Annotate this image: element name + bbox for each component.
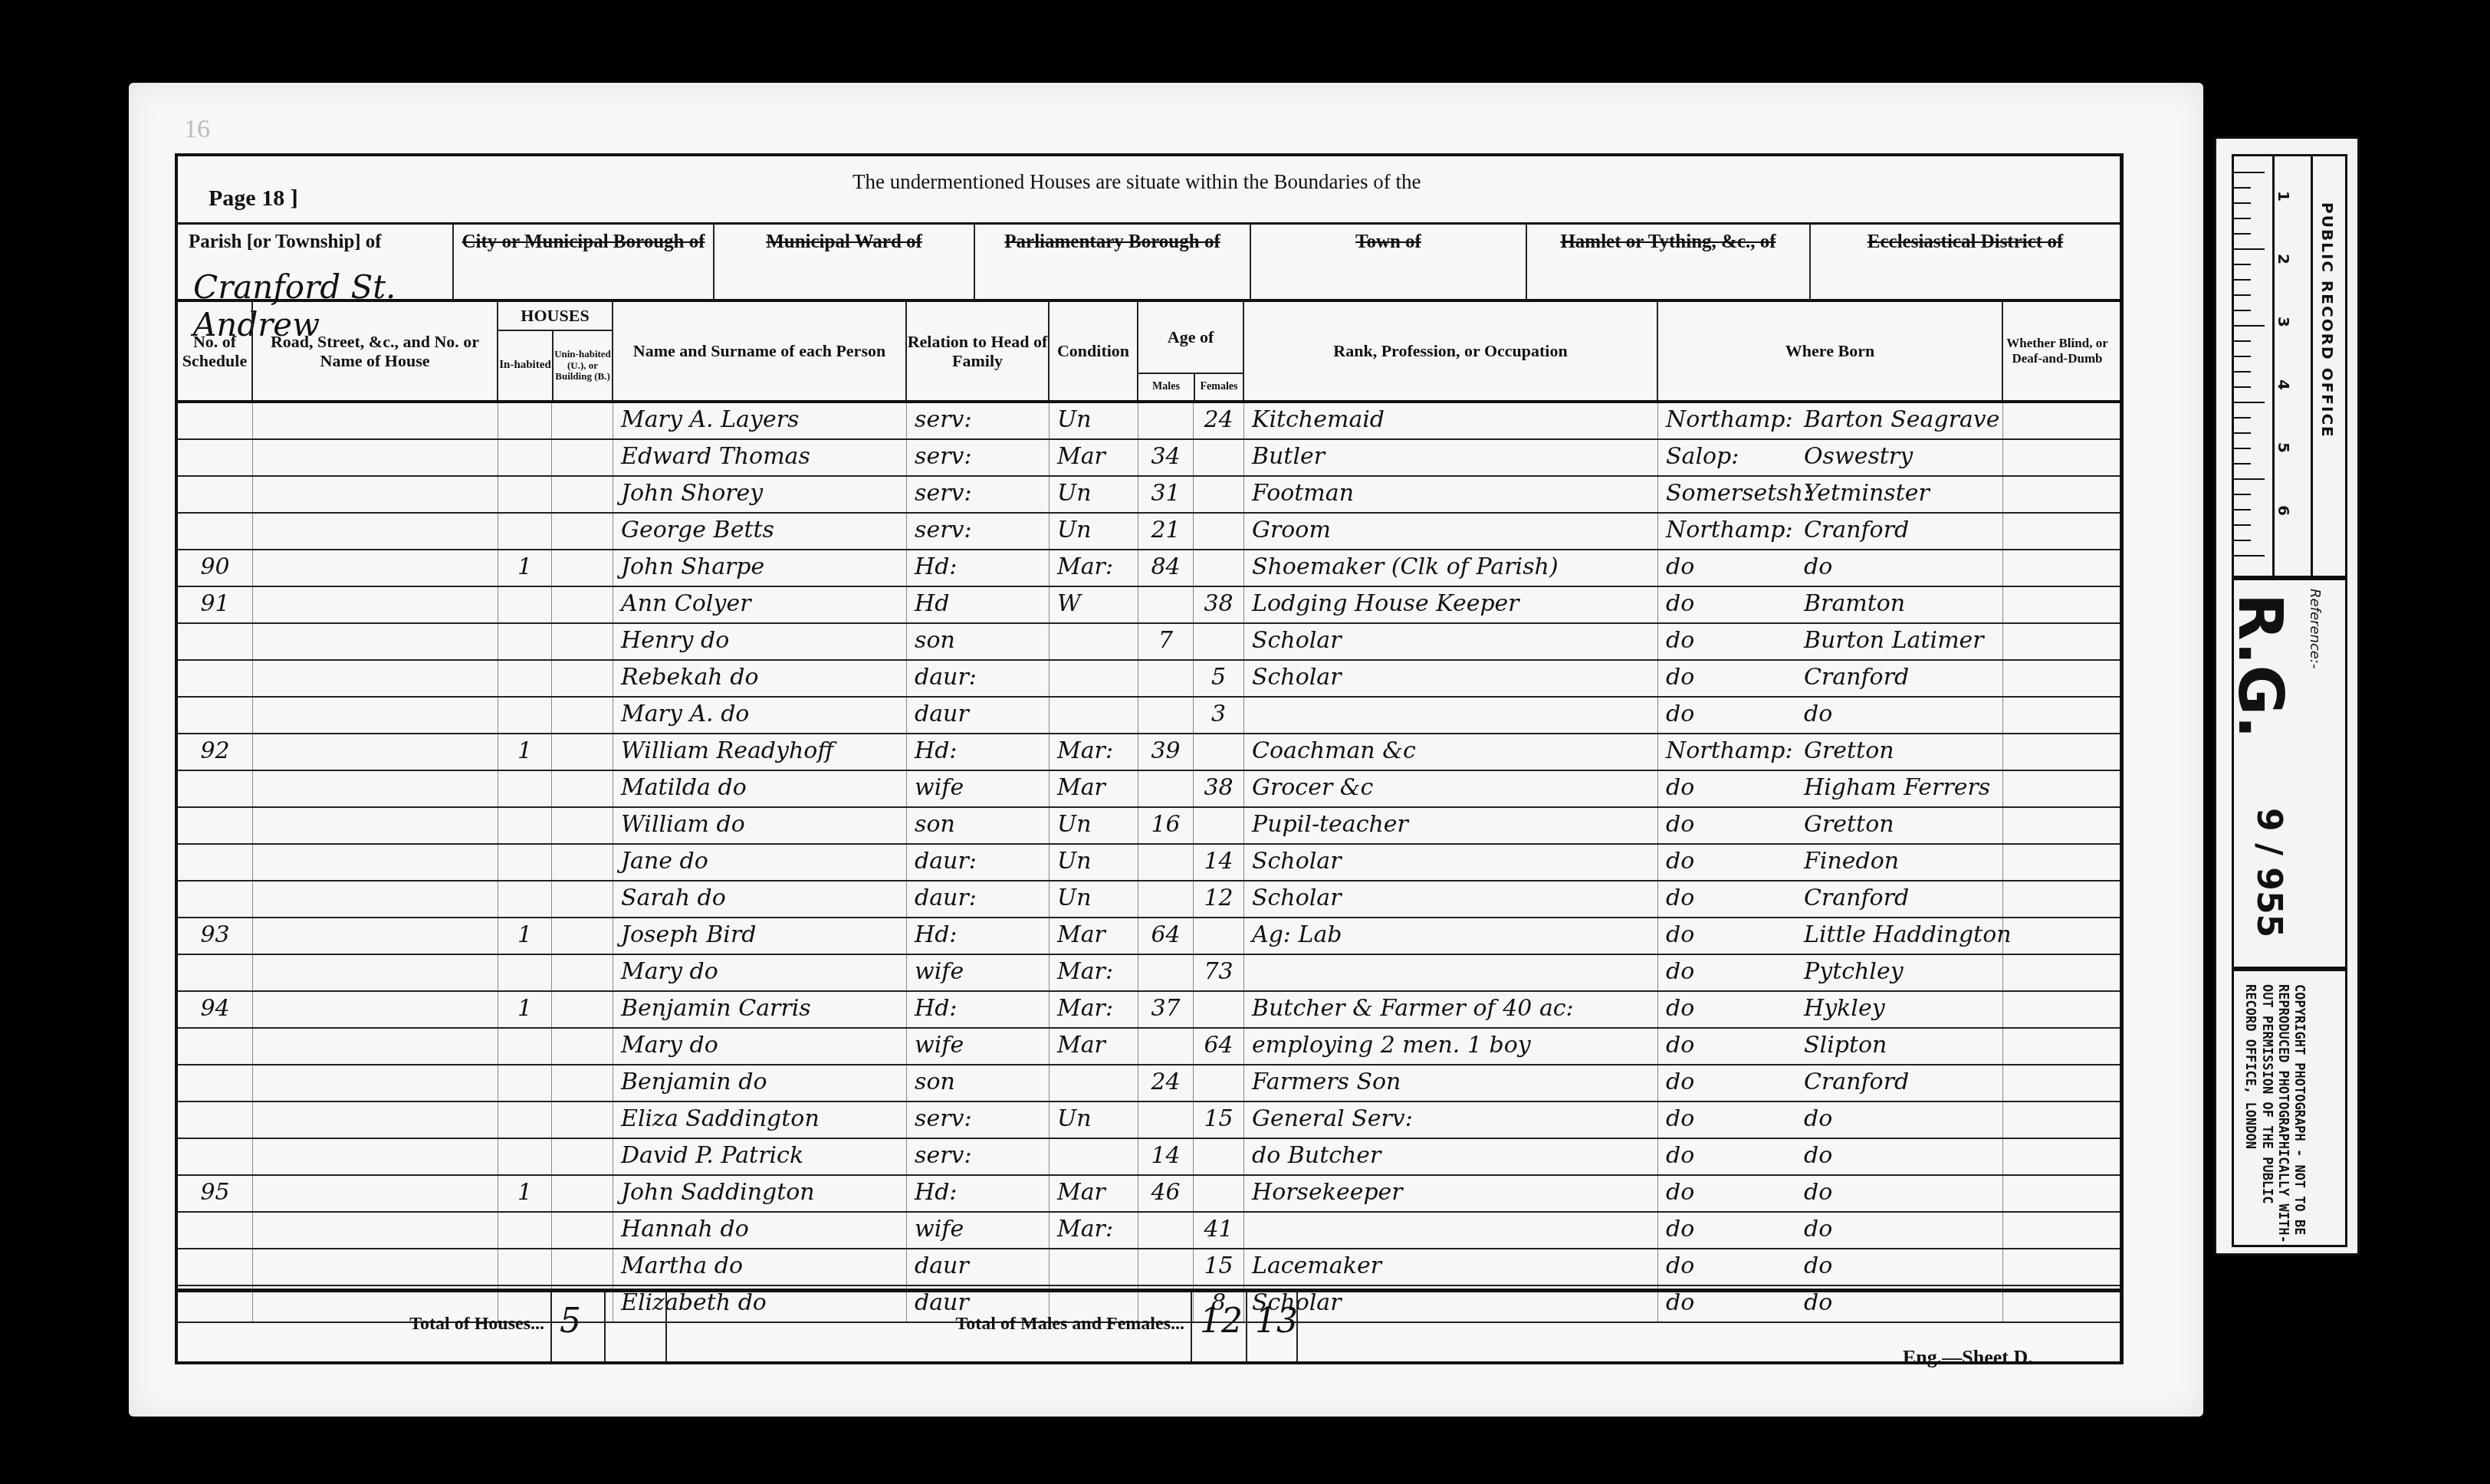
blind-cell: [2003, 882, 2111, 917]
female-age-cell: 64: [1194, 1029, 1244, 1064]
occupation-cell: General Serv:: [1244, 1102, 1658, 1138]
road-cell: [253, 918, 498, 954]
table-row: Edward Thomasserv:Mar34ButlerSalop:Oswes…: [178, 440, 2120, 477]
area-municipal-ward: Municipal Ward of: [714, 222, 975, 299]
page-number: Page 18 ]: [209, 185, 298, 212]
where-born-cell: doBramton: [1658, 587, 2003, 622]
road-cell: [253, 1029, 498, 1064]
inhabited-cell: 1: [498, 734, 552, 770]
name-cell: Benjamin do: [613, 1065, 907, 1101]
ruler-tick: [2234, 218, 2251, 219]
schedule-cell: [178, 955, 253, 990]
male-age-cell: 24: [1138, 1065, 1194, 1101]
relation-cell: wife: [907, 955, 1050, 990]
road-cell: [253, 587, 498, 622]
male-age-cell: 7: [1138, 624, 1194, 659]
schedule-cell: [178, 403, 253, 438]
schedule-cell: 94: [178, 992, 253, 1027]
born-county: do: [1666, 661, 1804, 694]
ruler-number: 1: [2275, 191, 2293, 202]
total-females-value: 13: [1255, 1302, 1298, 1341]
inhabited-cell: [498, 1029, 552, 1064]
relation-cell: daur:: [907, 845, 1050, 880]
table-row: Mary A. dodaur3dodo: [178, 698, 2120, 734]
male-age-cell: [1138, 698, 1194, 733]
name-cell: Rebekah do: [613, 661, 907, 696]
ruler-tick: [2234, 172, 2265, 173]
female-age-cell: 41: [1194, 1213, 1244, 1248]
uninhabited-cell: [552, 992, 613, 1027]
total-houses-label: Total of Houses...: [409, 1314, 544, 1335]
ruler-number: 5: [2275, 442, 2293, 453]
corner-mark: 16: [184, 115, 210, 144]
inhabited-cell: [498, 624, 552, 659]
male-age-cell: [1138, 882, 1194, 917]
relation-cell: son: [907, 808, 1050, 843]
where-born-cell: Northamp:Cranford: [1658, 514, 2003, 549]
ruler-tick: [2234, 478, 2265, 480]
condition-cell: W: [1050, 587, 1138, 622]
inhabited-cell: [498, 1065, 552, 1101]
where-born-cell: doBurton Latimer: [1658, 624, 2003, 659]
occupation-cell: Lacemaker: [1244, 1249, 1658, 1285]
total-houses-cell: 5: [552, 1292, 606, 1361]
relation-cell: serv:: [907, 1139, 1050, 1174]
born-county: do: [1666, 808, 1804, 842]
uninhabited-cell: [552, 1065, 613, 1101]
table-row: David P. Patrickserv:14do Butcherdodo: [178, 1139, 2120, 1176]
table-row: Benjamin doson24Farmers SondoCranford: [178, 1065, 2120, 1102]
female-age-cell: [1194, 918, 1244, 954]
blind-cell: [2003, 1249, 2111, 1285]
where-born-cell: doCranford: [1658, 882, 2003, 917]
inhabited-cell: [498, 845, 552, 880]
male-age-cell: [1138, 1213, 1194, 1248]
table-row: Mary A. Layersserv:Un24KitchemaidNortham…: [178, 403, 2120, 440]
ruler-tick: [2234, 494, 2251, 495]
female-age-cell: 5: [1194, 661, 1244, 696]
table-body: Mary A. Layersserv:Un24KitchemaidNortham…: [178, 403, 2120, 1323]
uninhabited-cell: [552, 808, 613, 843]
relation-cell: Hd: [907, 587, 1050, 622]
male-age-cell: 39: [1138, 734, 1194, 770]
schedule-cell: [178, 514, 253, 549]
occupation-cell: Ag: Lab: [1244, 918, 1658, 954]
inhabited-cell: [498, 771, 552, 806]
blind-cell: [2003, 661, 2111, 696]
road-cell: [253, 845, 498, 880]
ruler-tick: [2234, 463, 2251, 465]
female-age-cell: 38: [1194, 587, 1244, 622]
male-age-cell: [1138, 661, 1194, 696]
ruler-numbers: 123456: [2272, 156, 2313, 578]
relation-cell: wife: [907, 771, 1050, 806]
table-row: Mary dowifeMar64employing 2 men. 1 boydo…: [178, 1029, 2120, 1065]
inhabited-cell: [498, 1102, 552, 1138]
uninhabited-cell: [552, 918, 613, 954]
relation-cell: Hd:: [907, 1176, 1050, 1211]
road-cell: [253, 514, 498, 549]
road-cell: [253, 1249, 498, 1285]
born-county: Somersetsh:: [1666, 477, 1804, 511]
name-cell: William Readyhoff: [613, 734, 907, 770]
col-name: Name and Surname of each Person: [613, 302, 907, 400]
road-cell: [253, 550, 498, 586]
name-cell: Matilda do: [613, 771, 907, 806]
where-born-cell: doCranford: [1658, 661, 2003, 696]
occupation-cell: do Butcher: [1244, 1139, 1658, 1174]
ruler-tick: [2234, 555, 2265, 556]
born-place: Gretton: [1804, 811, 1894, 838]
col-age: Age of Males Females: [1138, 302, 1244, 400]
table-row: Jane dodaur:Un14ScholardoFinedon: [178, 845, 2120, 882]
born-county: do: [1666, 587, 1804, 621]
where-born-cell: doPytchley: [1658, 955, 2003, 990]
born-place: Finedon: [1804, 848, 1899, 875]
condition-cell: Un: [1050, 477, 1138, 512]
ruler-tick: [2234, 432, 2251, 434]
occupation-cell: Pupil-teacher: [1244, 808, 1658, 843]
table-row: Matilda dowifeMar38Grocer &cdoHigham Fer…: [178, 771, 2120, 808]
road-cell: [253, 992, 498, 1027]
ruler-tick: [2234, 524, 2251, 526]
uninhabited-cell: [552, 440, 613, 475]
schedule-cell: [178, 698, 253, 733]
born-county: do: [1666, 1213, 1804, 1246]
born-county: do: [1666, 550, 1804, 584]
male-age-cell: 46: [1138, 1176, 1194, 1211]
born-county: Northamp:: [1666, 734, 1804, 768]
ruler-tick: [2234, 448, 2251, 449]
road-cell: [253, 771, 498, 806]
ruler-tick: [2234, 386, 2251, 388]
condition-cell: Mar:: [1050, 1213, 1138, 1248]
born-county: do: [1666, 624, 1804, 658]
schedule-cell: [178, 1065, 253, 1101]
where-born-cell: dodo: [1658, 1139, 2003, 1174]
road-cell: [253, 734, 498, 770]
occupation-cell: Footman: [1244, 477, 1658, 512]
occupation-cell: Horsekeeper: [1244, 1176, 1658, 1211]
where-born-cell: doHigham Ferrers: [1658, 771, 2003, 806]
uninhabited-cell: [552, 1176, 613, 1211]
born-county: do: [1666, 955, 1804, 989]
female-age-cell: 3: [1194, 698, 1244, 733]
ruler-number: 6: [2275, 505, 2293, 516]
uninhabited-cell: [552, 1213, 613, 1248]
name-cell: George Betts: [613, 514, 907, 549]
occupation-cell: [1244, 698, 1658, 733]
born-place: Bramton: [1804, 590, 1905, 617]
name-cell: Jane do: [613, 845, 907, 880]
col-males: Males: [1138, 374, 1195, 400]
blind-cell: [2003, 477, 2111, 512]
ruler-tick: [2234, 233, 2251, 235]
table-row: Sarah dodaur:Un12ScholardoCranford: [178, 882, 2120, 918]
col-where-born: Where Born: [1658, 302, 2003, 400]
uninhabited-cell: [552, 1139, 613, 1174]
uninhabited-cell: [552, 550, 613, 586]
reference-label: Reference:-: [2307, 589, 2323, 668]
name-cell: John Shorey: [613, 477, 907, 512]
male-age-cell: [1138, 1249, 1194, 1285]
road-cell: [253, 1139, 498, 1174]
table-row: William dosonUn16Pupil-teacherdoGretton: [178, 808, 2120, 845]
born-county: do: [1666, 882, 1804, 915]
born-county: do: [1666, 771, 1804, 805]
male-age-cell: [1138, 403, 1194, 438]
table-row: 931Joseph BirdHd:Mar64Ag: LabdoLittle Ha…: [178, 918, 2120, 955]
blind-cell: [2003, 734, 2111, 770]
condition-cell: [1050, 1139, 1138, 1174]
ruler-number: 2: [2275, 254, 2293, 264]
schedule-cell: [178, 845, 253, 880]
sheet-reference: Eng.—Sheet D.: [1903, 1346, 2033, 1369]
name-cell: Mary do: [613, 955, 907, 990]
blind-cell: [2003, 918, 2111, 954]
occupation-cell: [1244, 1213, 1658, 1248]
male-age-cell: 21: [1138, 514, 1194, 549]
uninhabited-cell: [552, 734, 613, 770]
col-schedule: No. of Schedule: [178, 302, 253, 400]
male-age-cell: [1138, 955, 1194, 990]
totals-row: Total of Houses... 5 Total of Males and …: [178, 1289, 2120, 1361]
born-county: do: [1666, 1249, 1804, 1283]
col-blind: Whether Blind, or Deaf-and-Dumb: [2003, 302, 2111, 400]
relation-cell: wife: [907, 1029, 1050, 1064]
born-place: Hykley: [1804, 995, 1885, 1022]
total-persons-label-cell: Total of Males and Females...: [667, 1292, 1192, 1361]
table-header: No. of Schedule Road, Street, &c., and N…: [178, 302, 2120, 403]
ruler-tick: [2234, 540, 2251, 541]
born-county: Northamp:: [1666, 514, 1804, 547]
where-born-cell: doGretton: [1658, 808, 2003, 843]
schedule-cell: [178, 440, 253, 475]
inhabited-cell: [498, 1213, 552, 1248]
name-cell: Benjamin Carris: [613, 992, 907, 1027]
female-age-cell: [1194, 1065, 1244, 1101]
female-age-cell: [1194, 734, 1244, 770]
born-place: Burton Latimer: [1804, 627, 1984, 654]
uninhabited-cell: [552, 955, 613, 990]
table-row: Mary dowifeMar:73doPytchley: [178, 955, 2120, 992]
blind-cell: [2003, 1176, 2111, 1211]
ruler-tick: [2234, 509, 2251, 511]
ruler-tick: [2234, 325, 2265, 327]
born-place: do: [1804, 1216, 1832, 1243]
col-uninhabited: Unin-habited (U.), or Building (B.): [554, 331, 612, 400]
uninhabited-cell: [552, 624, 613, 659]
name-cell: David P. Patrick: [613, 1139, 907, 1174]
ruler-tick: [2234, 264, 2251, 265]
area-hamlet: Hamlet or Tything, &c., of: [1527, 222, 1811, 299]
schedule-cell: 95: [178, 1176, 253, 1211]
schedule-cell: [178, 1139, 253, 1174]
uninhabited-cell: [552, 771, 613, 806]
where-born-cell: Northamp:Barton Seagrave: [1658, 403, 2003, 438]
road-cell: [253, 624, 498, 659]
female-age-cell: [1194, 624, 1244, 659]
inhabited-cell: [498, 477, 552, 512]
schedule-cell: [178, 1249, 253, 1285]
condition-cell: Mar: [1050, 1029, 1138, 1064]
blind-cell: [2003, 1029, 2111, 1064]
inhabited-cell: [498, 587, 552, 622]
condition-cell: Mar:: [1050, 992, 1138, 1027]
area-parliamentary-borough: Parliamentary Borough of: [975, 222, 1251, 299]
where-born-cell: dodo: [1658, 698, 2003, 733]
scale-ruler: 123456 PUBLIC RECORD OFFICE: [2232, 154, 2347, 580]
female-age-cell: 24: [1194, 403, 1244, 438]
table-row: Hannah dowifeMar:41dodo: [178, 1213, 2120, 1249]
female-age-cell: [1194, 992, 1244, 1027]
table-row: 901John SharpeHd:Mar:84Shoemaker (Clk of…: [178, 550, 2120, 587]
area-ecclesiastical-district: Ecclesiastical District of: [1811, 222, 2120, 299]
born-county: Northamp:: [1666, 403, 1804, 437]
relation-cell: son: [907, 1065, 1050, 1101]
relation-cell: serv:: [907, 477, 1050, 512]
name-cell: Eliza Saddington: [613, 1102, 907, 1138]
born-county: do: [1666, 1065, 1804, 1099]
page-header: Page 18 ] The undermentioned Houses are …: [178, 156, 2120, 225]
col-houses: HOUSES In-habited Unin-habited (U.), or …: [498, 302, 613, 400]
male-age-cell: 16: [1138, 808, 1194, 843]
relation-cell: Hd:: [907, 918, 1050, 954]
condition-cell: Un: [1050, 882, 1138, 917]
where-born-cell: Salop:Oswestry: [1658, 440, 2003, 475]
total-houses-value: 5: [560, 1302, 581, 1341]
name-cell: Mary do: [613, 1029, 907, 1064]
col-road: Road, Street, &c., and No. or Name of Ho…: [253, 302, 498, 400]
occupation-cell: Scholar: [1244, 845, 1658, 880]
blind-cell: [2003, 698, 2111, 733]
occupation-cell: Butcher & Farmer of 40 ac:: [1244, 992, 1658, 1027]
ruler-tick: [2234, 402, 2265, 403]
occupation-cell: Coachman &c: [1244, 734, 1658, 770]
table-row: George Bettsserv:Un21GroomNorthamp:Cranf…: [178, 514, 2120, 550]
born-county: do: [1666, 992, 1804, 1026]
schedule-cell: [178, 661, 253, 696]
road-cell: [253, 882, 498, 917]
born-place: Barton Seagrave: [1804, 406, 2000, 433]
blind-cell: [2003, 845, 2111, 880]
road-cell: [253, 1176, 498, 1211]
table-row: Martha dodaur15Lacemakerdodo: [178, 1249, 2120, 1286]
blind-cell: [2003, 1102, 2111, 1138]
condition-cell: Un: [1050, 808, 1138, 843]
male-age-cell: [1138, 587, 1194, 622]
blind-cell: [2003, 808, 2111, 843]
where-born-cell: dodo: [1658, 1102, 2003, 1138]
col-occupation: Rank, Profession, or Occupation: [1244, 302, 1658, 400]
condition-cell: Mar:: [1050, 955, 1138, 990]
where-born-cell: doHykley: [1658, 992, 2003, 1027]
road-cell: [253, 440, 498, 475]
copyright-box: COPYRIGHT PHOTOGRAPH - NOT TO BE REPRODU…: [2232, 967, 2347, 1247]
female-age-cell: [1194, 477, 1244, 512]
female-age-cell: 15: [1194, 1249, 1244, 1285]
schedule-cell: [178, 477, 253, 512]
blind-cell: [2003, 403, 2111, 438]
relation-cell: serv:: [907, 514, 1050, 549]
condition-cell: [1050, 698, 1138, 733]
born-place: do: [1804, 701, 1832, 727]
inhabited-cell: [498, 955, 552, 990]
relation-cell: wife: [907, 1213, 1050, 1248]
uninhabited-cell: [552, 1102, 613, 1138]
blind-cell: [2003, 624, 2111, 659]
public-record-office-label: 123456 PUBLIC RECORD OFFICE R.G. Referen…: [2214, 136, 2360, 1256]
condition-cell: [1050, 624, 1138, 659]
name-cell: Ann Colyer: [613, 587, 907, 622]
inhabited-cell: 1: [498, 550, 552, 586]
born-county: do: [1666, 1176, 1804, 1210]
blind-cell: [2003, 587, 2111, 622]
name-cell: John Saddington: [613, 1176, 907, 1211]
born-place: Slipton: [1804, 1032, 1887, 1059]
condition-cell: [1050, 1065, 1138, 1101]
inhabited-cell: 1: [498, 992, 552, 1027]
table-row: John Shoreyserv:Un31FootmanSomersetsh:Ye…: [178, 477, 2120, 514]
male-age-cell: [1138, 1029, 1194, 1064]
name-cell: John Sharpe: [613, 550, 907, 586]
where-born-cell: doLittle Haddington: [1658, 918, 2003, 954]
schedule-cell: [178, 1029, 253, 1064]
born-place: do: [1804, 1179, 1832, 1206]
condition-cell: [1050, 661, 1138, 696]
schedule-cell: [178, 624, 253, 659]
relation-cell: daur: [907, 698, 1050, 733]
area-headers: Parish [or Township] of Cranford St. And…: [178, 222, 2120, 302]
female-age-cell: [1194, 1139, 1244, 1174]
born-county: do: [1666, 1102, 1804, 1136]
occupation-cell: Shoemaker (Clk of Parish): [1244, 550, 1658, 586]
blind-cell: [2003, 440, 2111, 475]
name-cell: Henry do: [613, 624, 907, 659]
condition-cell: [1050, 1249, 1138, 1285]
male-age-cell: 34: [1138, 440, 1194, 475]
uninhabited-cell: [552, 882, 613, 917]
ruler-tick: [2234, 340, 2251, 342]
relation-cell: daur:: [907, 882, 1050, 917]
born-place: do: [1804, 1105, 1832, 1132]
uninhabited-cell: [552, 698, 613, 733]
ruler-number: 3: [2275, 317, 2293, 327]
road-cell: [253, 955, 498, 990]
female-age-cell: 15: [1194, 1102, 1244, 1138]
male-age-cell: [1138, 1102, 1194, 1138]
male-age-cell: 64: [1138, 918, 1194, 954]
ruler-tick: [2234, 187, 2251, 189]
inhabited-cell: [498, 514, 552, 549]
occupation-cell: Groom: [1244, 514, 1658, 549]
inhabited-cell: 1: [498, 918, 552, 954]
born-county: Salop:: [1666, 440, 1804, 474]
born-place: Pytchley: [1804, 958, 1904, 985]
male-age-cell: 37: [1138, 992, 1194, 1027]
occupation-cell: Scholar: [1244, 882, 1658, 917]
blind-cell: [2003, 1213, 2111, 1248]
road-cell: [253, 661, 498, 696]
born-place: do: [1804, 553, 1832, 580]
condition-cell: Mar: [1050, 771, 1138, 806]
total-males-value: 12: [1200, 1302, 1243, 1341]
series-code: R.G.: [2225, 593, 2296, 739]
piece-number: 9 / 955: [2249, 808, 2288, 937]
inhabited-cell: [498, 661, 552, 696]
born-county: do: [1666, 1139, 1804, 1173]
condition-cell: Mar:: [1050, 734, 1138, 770]
